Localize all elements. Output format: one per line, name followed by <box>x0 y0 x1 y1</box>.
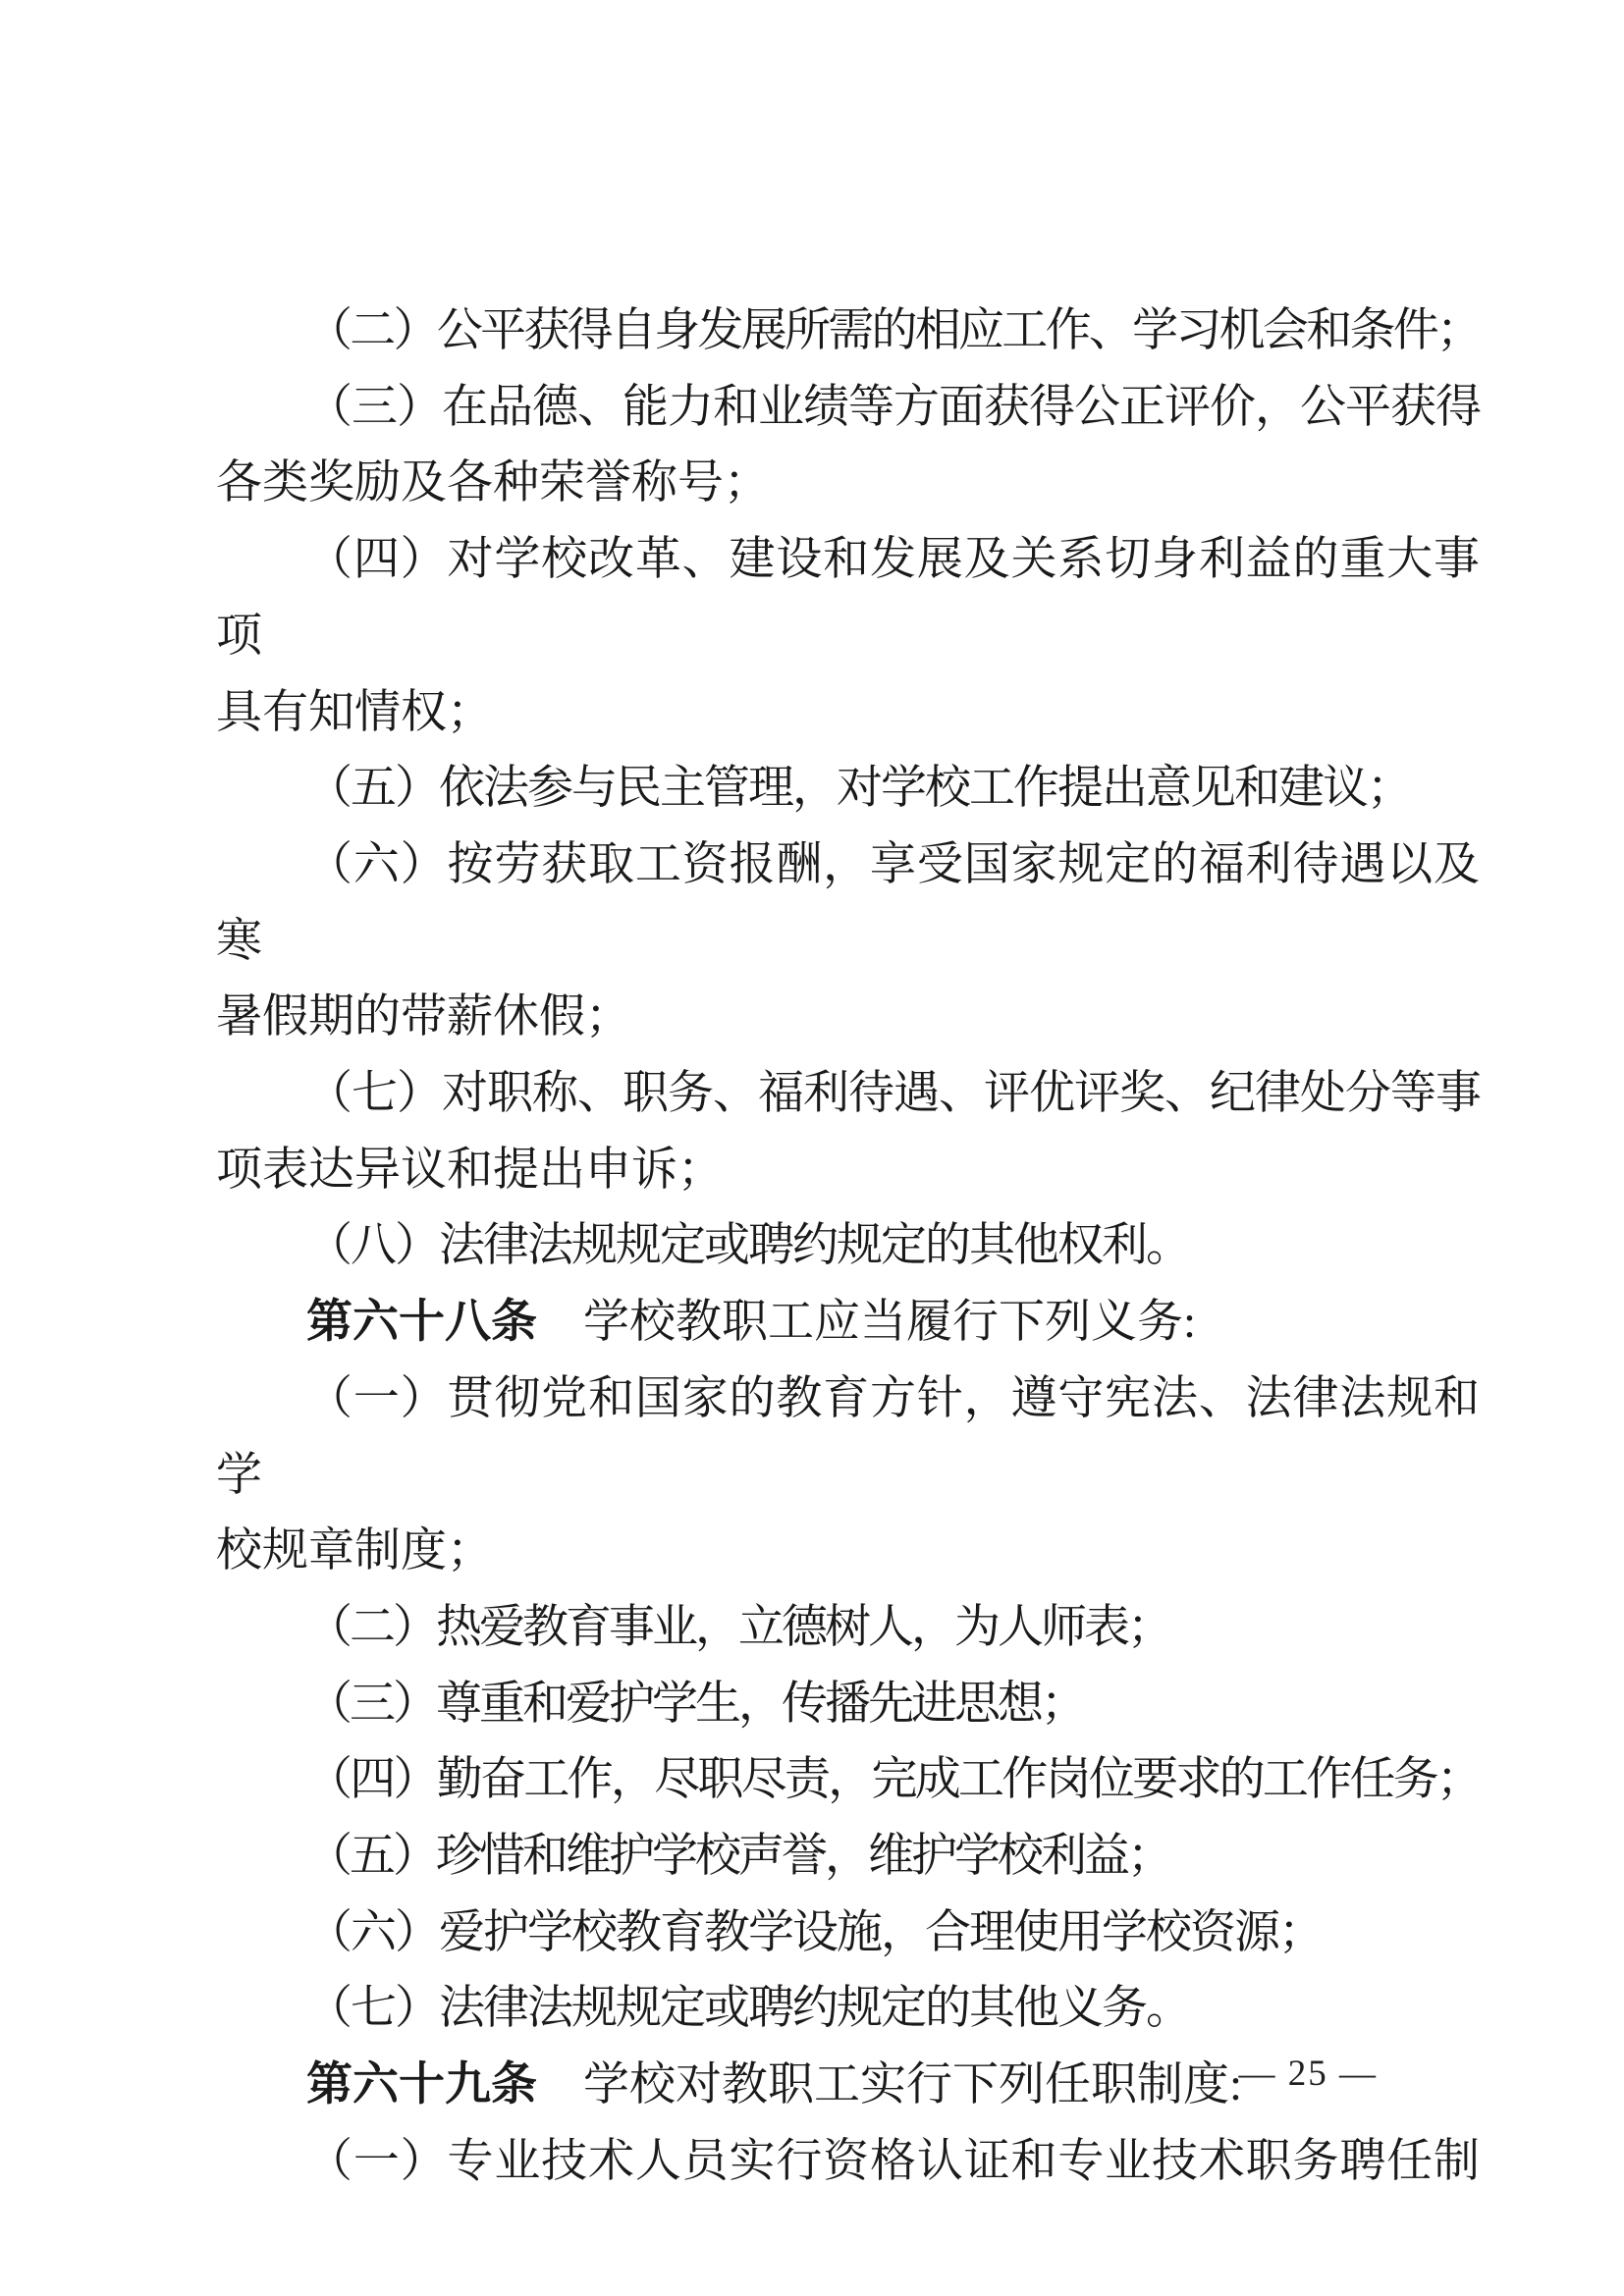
article-number: 第六十九条 <box>306 2059 537 2110</box>
text-line: 项表达异议和提出申诉； <box>216 1133 1480 1209</box>
text-line: （六）按劳获取工资报酬，享受国家规定的福利待遇以及寒 <box>216 828 1480 980</box>
text-line: （一）贯彻党和国家的教育方针，遵守宪法、法律法规和学 <box>216 1362 1480 1514</box>
text-line: 具有知情权； <box>216 675 1480 752</box>
text-line: （二）公平获得自身发展所需的相应工作、学习机会和条件； <box>216 294 1480 370</box>
text-line: （三）在品德、能力和业绩等方面获得公正评价，公平获得 <box>216 370 1480 447</box>
text-line: 校规章制度； <box>216 1514 1480 1590</box>
text-line: （八）法律法规规定或聘约规定的其他权利。 <box>216 1208 1480 1285</box>
text-line: （七）法律法规规定或聘约规定的其他义务。 <box>216 1971 1480 2048</box>
text-line: （二）热爱教育事业，立德树人，为人师表； <box>216 1590 1480 1667</box>
text-line: （三）尊重和爱护学生，传播先进思想； <box>216 1667 1480 1743</box>
article-number: 第六十八条 <box>306 1297 537 1348</box>
document-page: （二）公平获得自身发展所需的相应工作、学习机会和条件；（三）在品德、能力和业绩等… <box>0 0 1624 2296</box>
text-line: （六）爱护学校教育教学设施，合理使用学校资源； <box>216 1896 1480 1972</box>
text-line: （五）珍惜和维护学校声誉，维护学校利益； <box>216 1819 1480 1896</box>
text-line: （四）对学校改革、建设和发展及关系切身利益的重大事项 <box>216 522 1480 674</box>
text-line: （四）勤奋工作，尽职尽责，完成工作岗位要求的工作任务； <box>216 1742 1480 1819</box>
text-block: （二）公平获得自身发展所需的相应工作、学习机会和条件；（三）在品德、能力和业绩等… <box>216 294 1480 2201</box>
text-line: （七）对职称、职务、福利待遇、评优评奖、纪律处分等事 <box>216 1056 1480 1133</box>
text-line: （一）专业技术人员实行资格认证和专业技术职务聘任制 <box>216 2124 1480 2201</box>
text-line: （五）依法参与民主管理，对学校工作提出意见和建议； <box>216 751 1480 828</box>
text-line: 第六十八条 学校教职工应当履行下列义务: <box>216 1285 1480 1362</box>
text-line: 各类奖励及各种荣誉称号； <box>216 446 1480 522</box>
page-number: — 25 — <box>1239 2047 1379 2102</box>
text-line: 暑假期的带薪休假； <box>216 980 1480 1056</box>
